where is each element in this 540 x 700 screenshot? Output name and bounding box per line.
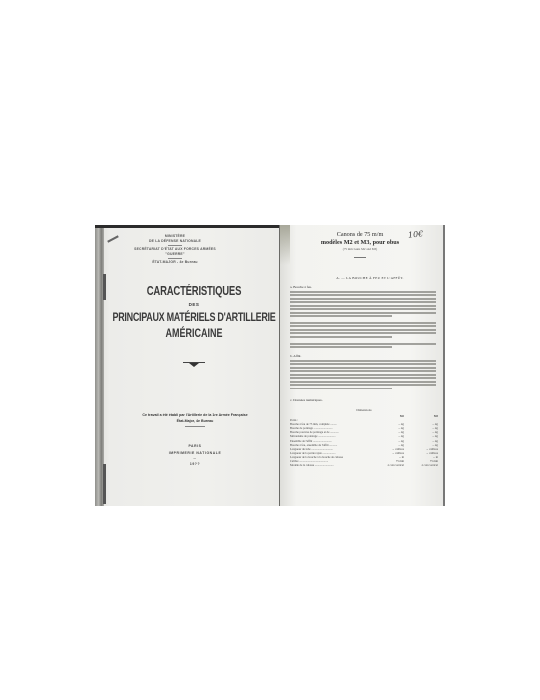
title-subline: (75 mm Guns M2 and M3) [310, 247, 410, 252]
spine-mark [103, 464, 106, 504]
credit-block: Ce travail a été établi par l'Artillerie… [115, 413, 275, 429]
page-title: Canons de 75 m/m modèles M2 et M3, pour … [310, 231, 410, 258]
table-cell: à coin vertical [370, 463, 404, 467]
text-line [290, 374, 436, 376]
text-line [290, 346, 392, 348]
divider [168, 258, 182, 259]
text-line [290, 312, 436, 314]
text-line [290, 367, 436, 369]
text-line [290, 298, 436, 300]
title-line: Canons de 75 m/m [310, 231, 410, 239]
text-line [290, 329, 436, 331]
imprint-city: PARIS [115, 443, 275, 450]
divider [354, 257, 366, 258]
text-line [290, 315, 392, 317]
text-line [290, 384, 436, 386]
header-line: DE LA DÉFENSE NATIONALE [115, 239, 235, 244]
title-line: DES [110, 302, 278, 307]
text-line [290, 308, 436, 310]
text-line [290, 377, 436, 379]
binding-spine [95, 228, 104, 506]
table-caption: Dimensions [290, 408, 438, 412]
section-heading: A. — LA BOUCHE À FEU ET L'AFFÛT. [320, 276, 420, 280]
imprint-year: 19?? [115, 461, 275, 468]
text-line [290, 332, 436, 334]
subsection-heading: b. Affût. [290, 354, 301, 358]
specifications-table: Dimensions M2 M3 Poids :Bouche à feu de … [290, 408, 438, 467]
text-line [290, 291, 436, 293]
title-line: PRINCIPAUX MATÉRIELS D'ARTILLERIE [110, 310, 278, 324]
gutter-shadow [280, 225, 290, 265]
handwritten-price-note: 10€ [408, 229, 424, 240]
header-line: ÉTAT-MAJOR - 4e Bureau [115, 260, 235, 265]
table-cell: Modèle de la culasse ...................… [290, 463, 370, 467]
content-page: Canons de 75 m/m modèles M2 et M3, pour … [279, 225, 445, 506]
divider [185, 426, 205, 427]
divider [168, 245, 182, 246]
text-line [290, 325, 436, 327]
ministry-header: MINISTÈRE DE LA DÉFENSE NATIONALE SECRÉT… [115, 234, 235, 265]
table-cell: à coin vertical [404, 463, 438, 467]
text-line [290, 343, 436, 345]
text-line [290, 370, 436, 372]
body-paragraph [290, 360, 436, 391]
text-line [290, 381, 436, 383]
text-line [290, 305, 436, 307]
text-line [290, 388, 392, 390]
subsection-heading: a. Bouche à feu. [290, 285, 312, 289]
text-line [290, 301, 436, 303]
table-row: Modèle de la culasse ...................… [290, 463, 438, 467]
body-paragraph [290, 322, 436, 339]
text-line [290, 294, 436, 296]
credit-line: État-Major, 4e Bureau [115, 419, 275, 425]
subsection-heading: c. Données numériques. [290, 398, 323, 402]
body-paragraph [290, 291, 436, 319]
header-line: "GUERRE" [115, 252, 235, 257]
imprint-block: PARIS IMPRIMERIE NATIONALE — 19?? [115, 443, 275, 468]
cover-page: MINISTÈRE DE LA DÉFENSE NATIONALE SECRÉT… [95, 225, 279, 506]
ornament-icon [183, 362, 205, 367]
title-line: modèles M2 et M3, pour obus [310, 239, 410, 247]
spine-mark [103, 274, 106, 300]
text-line [290, 360, 436, 362]
title-line: AMÉRICAINE [110, 326, 278, 340]
document-title: CARACTÉRISTIQUES DES PRINCIPAUX MATÉRIEL… [110, 286, 278, 338]
text-line [290, 336, 392, 338]
title-line: CARACTÉRISTIQUES [110, 284, 278, 299]
imprint-printer: IMPRIMERIE NATIONALE [115, 450, 275, 457]
text-line [290, 322, 436, 324]
body-paragraph [290, 343, 436, 350]
text-line [290, 363, 436, 365]
